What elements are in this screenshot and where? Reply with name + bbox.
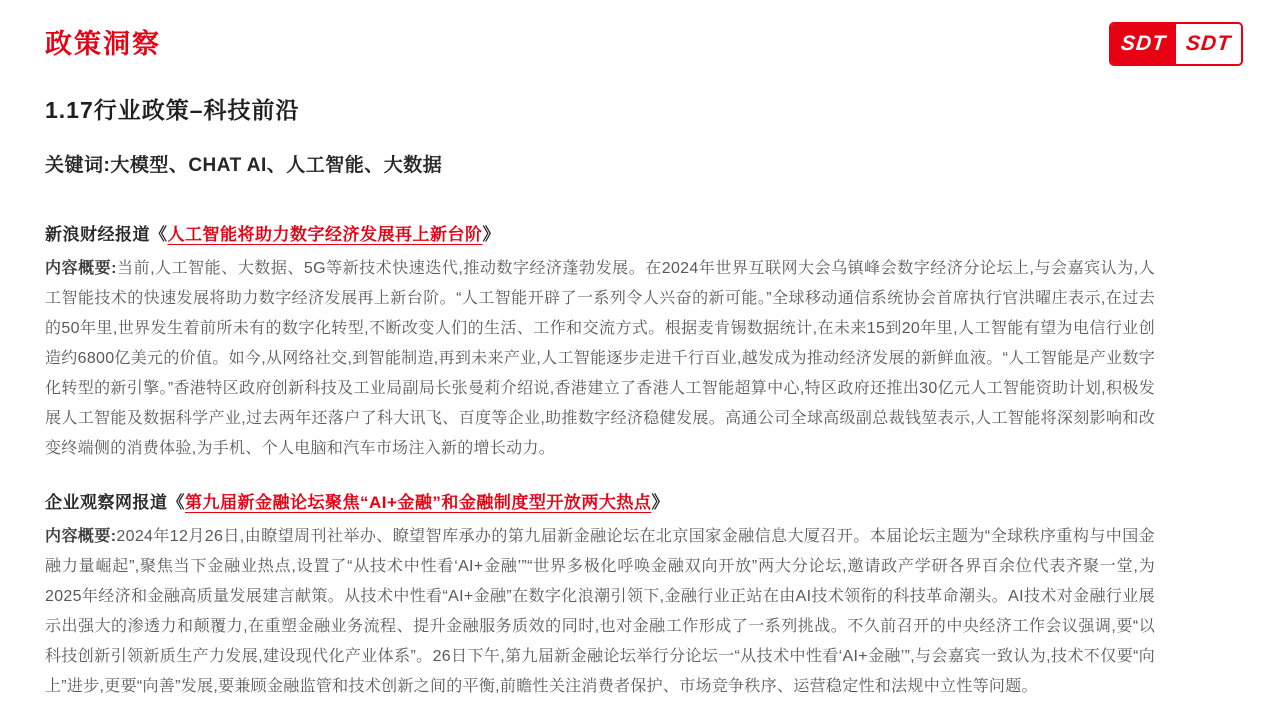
slide-page: 政策洞察 SDT SDT 1.17行业政策–科技前沿 关键词:大模型、CHAT … [0,0,1267,713]
summary-text: 当前,人工智能、大数据、5G等新技术快速迭代,推动数字经济蓬勃发展。在2024年… [45,260,1155,457]
sdt-logo-right-segment: SDT [1176,24,1241,64]
news-source-title: 新浪财经报道《人工智能将助力数字经济发展再上新台阶》 [45,220,1222,245]
keywords-line: 关键词:大模型、CHAT AI、人工智能、大数据 [45,150,1222,177]
news-source-suffix: 》 [483,225,501,244]
page-title: 政策洞察 [45,28,1222,62]
news-source-prefix: 企业观察网报道《 [45,493,185,512]
sdt-logo-right-text: SDT [1185,32,1233,56]
sdt-logo-left-text: SDT [1120,32,1168,56]
article-link[interactable]: 第九届新金融论坛聚焦“AI+金融”和金融制度型开放两大热点 [185,493,651,512]
summary-paragraph: 内容概要:当前,人工智能、大数据、5G等新技术快速迭代,推动数字经济蓬勃发展。在… [45,254,1155,464]
sdt-logo: SDT SDT [1109,22,1243,66]
news-source-suffix: 》 [651,493,669,512]
summary-label: 内容概要: [45,528,116,545]
summary-paragraph: 内容概要:2024年12月26日,由瞭望周刊社举办、瞭望智库承办的第九届新金融论… [45,522,1155,702]
summary-label: 内容概要: [45,260,117,277]
summary-text: 2024年12月26日,由瞭望周刊社举办、瞭望智库承办的第九届新金融论坛在北京国… [45,528,1155,695]
sdt-logo-left-segment: SDT [1111,24,1176,64]
section-heading-industry-policy: 1.17行业政策–科技前沿 [45,92,1222,125]
news-source-prefix: 新浪财经报道《 [45,225,168,244]
news-section-sina: 新浪财经报道《人工智能将助力数字经济发展再上新台阶》 内容概要:当前,人工智能、… [45,220,1222,464]
news-section-enterprise-observer: 企业观察网报道《第九届新金融论坛聚焦“AI+金融”和金融制度型开放两大热点》 内… [45,488,1222,702]
news-source-title: 企业观察网报道《第九届新金融论坛聚焦“AI+金融”和金融制度型开放两大热点》 [45,488,1222,513]
article-link[interactable]: 人工智能将助力数字经济发展再上新台阶 [168,225,483,244]
